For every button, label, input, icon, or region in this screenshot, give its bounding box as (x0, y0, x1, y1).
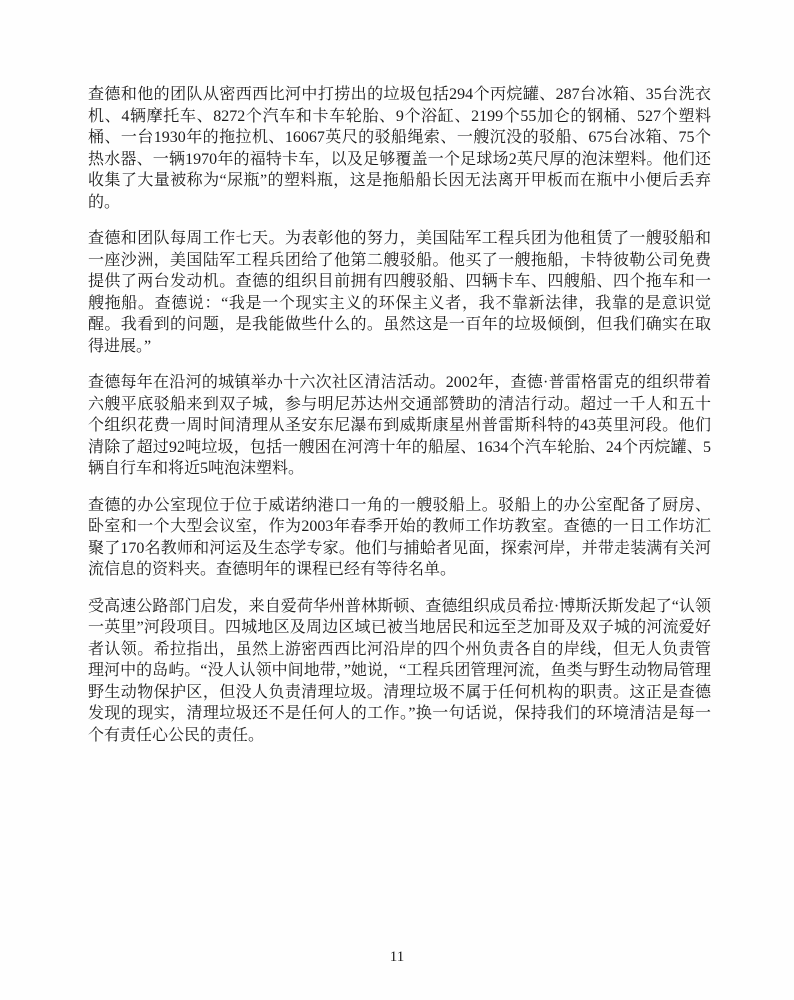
document-page: 查德和他的团队从密西西比河中打捞出的垃圾包括294个丙烷罐、287台冰箱、35台… (0, 0, 794, 1000)
paragraph: 受高速公路部门启发，来自爱荷华州普林斯顿、查德组织成员希拉·博斯沃斯发起了“认领… (88, 596, 711, 747)
paragraph: 查德的办公室现位于位于威诺纳港口一角的一艘驳船上。驳船上的办公室配备了厨房、卧室… (88, 495, 711, 581)
page-number: 11 (0, 947, 794, 967)
body-text: 查德和他的团队从密西西比河中打捞出的垃圾包括294个丙烷罐、287台冰箱、35台… (88, 84, 711, 761)
paragraph: 查德和他的团队从密西西比河中打捞出的垃圾包括294个丙烷罐、287台冰箱、35台… (88, 84, 711, 213)
paragraph: 查德每年在沿河的城镇举办十六次社区清洁活动。2002年，查德·普雷格雷克的组织带… (88, 372, 711, 480)
paragraph: 查德和团队每周工作七天。为表彰他的努力，美国陆军工程兵团为他租赁了一艘驳船和一座… (88, 228, 711, 357)
